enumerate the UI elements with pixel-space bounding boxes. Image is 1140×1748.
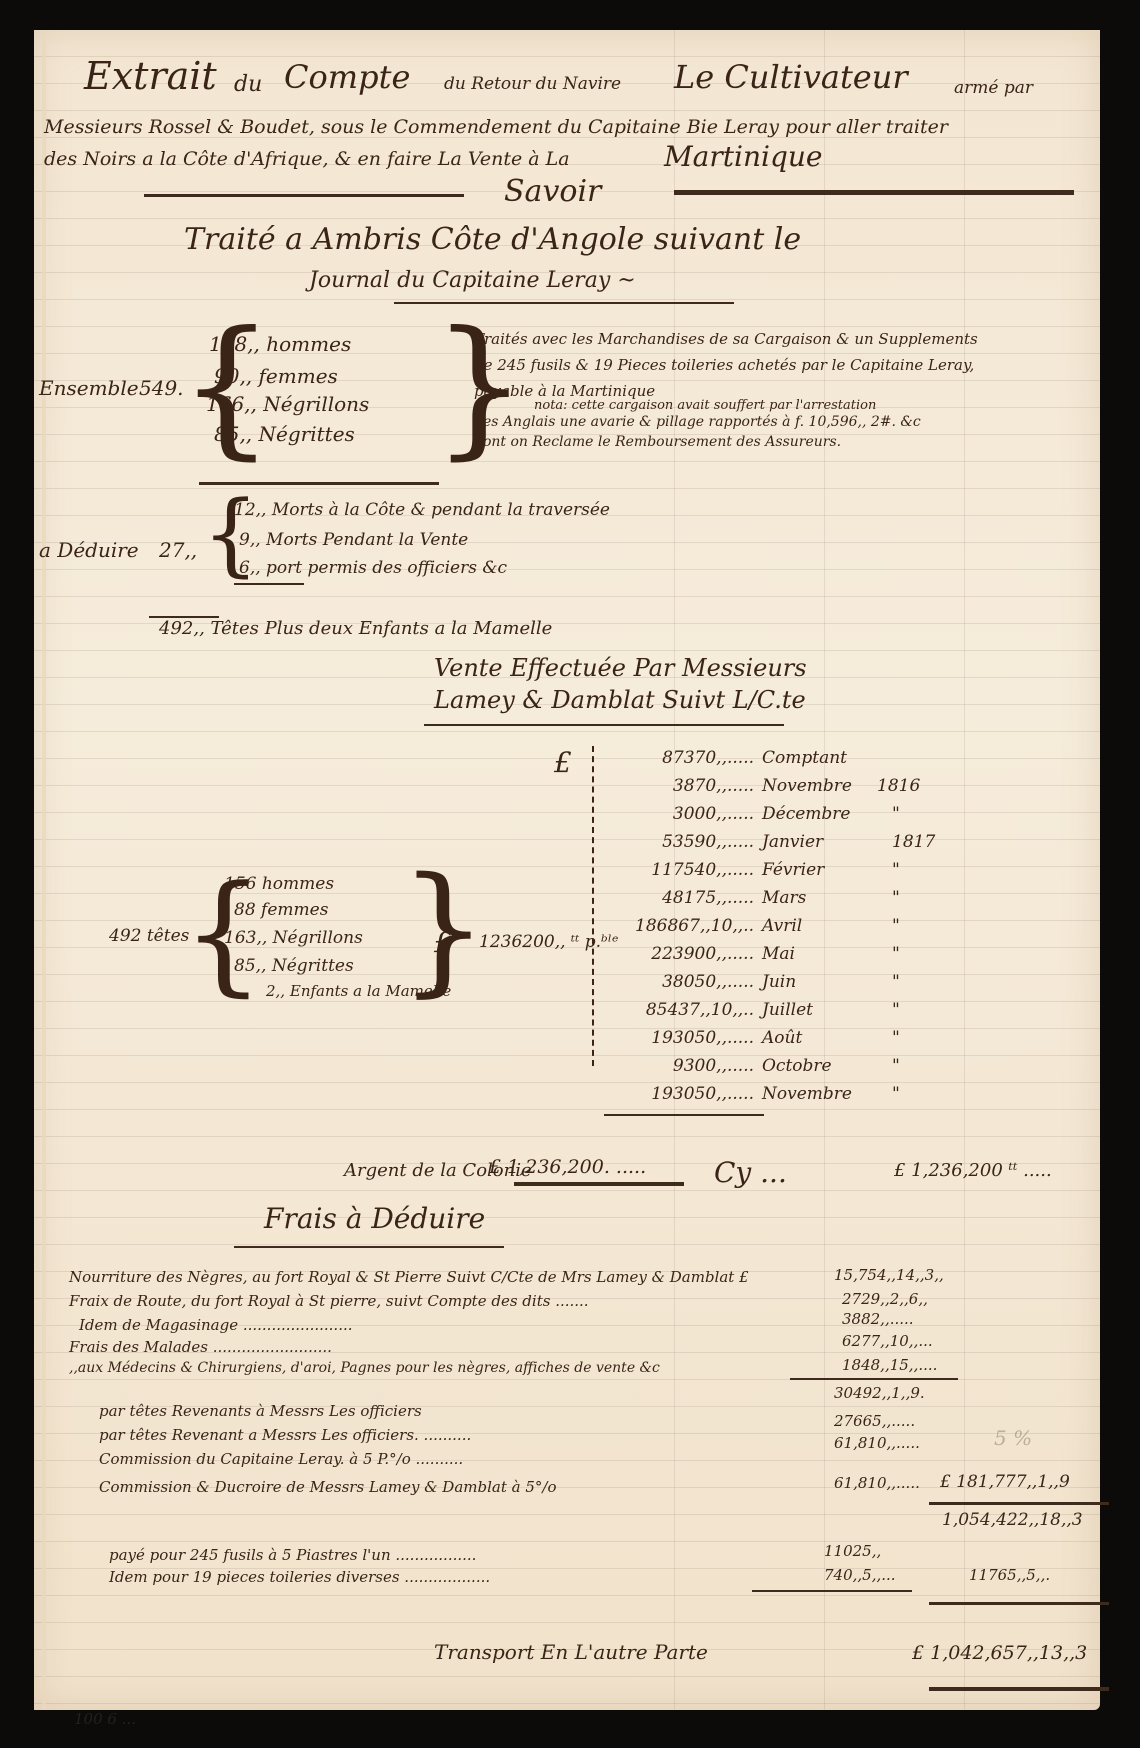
- sold-category: hommes: [262, 874, 334, 894]
- header-arme-par: armé par: [954, 78, 1033, 98]
- captive-count: 85,,: [214, 422, 252, 446]
- vente-title-1: Vente Effectuée Par Messieurs: [434, 654, 807, 682]
- transport-label: Transport En L'autre Parte: [434, 1640, 708, 1664]
- fusils-amount: 740,,5,,...: [824, 1566, 896, 1584]
- deduction-label: port permis des officiers &c: [266, 558, 507, 578]
- captive-label: Négrittes: [259, 422, 355, 446]
- payment-row: 9300,,.....Octobre": [604, 1056, 900, 1076]
- frais-item-amount: 61,810,,.....: [834, 1474, 920, 1492]
- wavy-brace-icon: [592, 746, 596, 1066]
- transport-amount: £ 1,042,657,,13,,3: [912, 1642, 1087, 1664]
- deduire-total: 27,,: [159, 538, 197, 562]
- deduction-count: 6,,: [239, 558, 261, 578]
- frais-subtotal: 30492,,1,,9.: [834, 1384, 925, 1402]
- deduction-label: Morts Pendant la Vente: [266, 530, 468, 550]
- captive-count: 166,,: [206, 392, 257, 416]
- frais-item-amount: 27665,,.....: [834, 1412, 915, 1430]
- fusils-label: Idem pour 19 pieces toileries diverses .…: [109, 1568, 490, 1586]
- carried-total: £ 1,236,200 ᵗᵗ .....: [894, 1160, 1052, 1181]
- sold-currency: £: [434, 926, 452, 959]
- traite-note-2: de 245 fusils & 19 Pieces toileries ache…: [474, 356, 974, 374]
- frais-item-amount: 3882,,.....: [842, 1310, 914, 1328]
- deduire-label: a Déduire: [39, 538, 139, 562]
- binding-thread: [42, 30, 46, 1710]
- frais-item-label: Fraix de Route, du fort Royal à St pierr…: [69, 1292, 589, 1310]
- payment-row: 85437,,10,,..Juillet": [604, 1000, 900, 1020]
- frais-item-amount: 15,754,,14,,3,,: [834, 1266, 944, 1284]
- sold-label: 492 têtes: [109, 926, 189, 946]
- fusils-label: payé pour 245 fusils à 5 Piastres l'un .…: [109, 1546, 476, 1564]
- frais-item-label: Commission du Capitaine Leray. à 5 P.°/o…: [99, 1450, 463, 1468]
- frais-item-label: par têtes Revenant a Messrs Les officier…: [99, 1426, 471, 1444]
- vente-title-2: Lamey & Damblat Suivt L/C.te: [434, 686, 806, 714]
- sold-count: 2,,: [266, 982, 285, 1000]
- captive-label: femmes: [259, 364, 338, 388]
- deduction-count: 12,,: [234, 500, 266, 520]
- captive-count: 178,,: [209, 332, 260, 356]
- argent-total: £ 1,236,200. .....: [489, 1156, 646, 1178]
- payment-row: 193050,,.....Août": [604, 1028, 900, 1048]
- deduction-result: 492,, Têtes Plus deux Enfants a la Mamel…: [159, 618, 552, 639]
- captive-label: hommes: [266, 332, 351, 356]
- sold-category: Négrittes: [272, 956, 354, 976]
- header-extrait: Extrait: [84, 54, 217, 98]
- payment-row: 38050,,.....Juin": [604, 972, 900, 992]
- sold-total: 1236200,, ᵗᵗ p.ᵇˡᵉ: [479, 932, 619, 952]
- payment-row: 193050,,.....Novembre": [604, 1084, 900, 1104]
- margin-note: 5 %: [994, 1426, 1032, 1450]
- frais-item-amount: 1848,,15,,....: [842, 1356, 937, 1374]
- frais-item-amount: 61,810,,.....: [834, 1434, 920, 1452]
- payment-row: 48175,,.....Mars": [604, 888, 900, 908]
- frais-item-label: Commission & Ducroire de Messrs Lamey & …: [99, 1478, 556, 1496]
- header-martinique: Martinique: [664, 140, 822, 173]
- frais-item-amount: 6277,,10,,...: [842, 1332, 933, 1350]
- captive-count: 90,,: [214, 364, 252, 388]
- sold-count: 156: [224, 874, 256, 894]
- traite-note-4: nota: cette cargaison avait souffert par…: [534, 398, 876, 413]
- header-du: du: [234, 72, 262, 97]
- header-savoir: Savoir: [504, 174, 601, 209]
- deduction-label: Morts à la Côte & pendant la traversée: [272, 500, 610, 520]
- frais-item-label: Nourriture des Nègres, au fort Royal & S…: [69, 1268, 749, 1286]
- frais-item-label: Idem de Magasinage .....................…: [79, 1316, 353, 1334]
- payment-row: 117540,,.....Février": [604, 860, 900, 880]
- net-after-frais: 1,054,422,,18,,3: [942, 1510, 1083, 1530]
- frais-item-amount: 2729,,2,,6,,: [842, 1290, 928, 1308]
- cy-label: Cy ...: [714, 1156, 787, 1189]
- payment-row: 3000,,.....Décembre": [604, 804, 900, 824]
- ledger-page: Extrait du Compte du Retour du Navire Le…: [34, 30, 1100, 1710]
- traite-note-1: Traités avec les Marchandises de sa Carg…: [474, 330, 978, 348]
- payment-row: 53590,,.....Janvier1817: [604, 832, 935, 852]
- header-ship-name: Le Cultivateur: [674, 58, 908, 96]
- header-line-2: Messieurs Rossel & Boudet, sous le Comme…: [44, 116, 948, 138]
- frais-title: Frais à Déduire: [264, 1202, 485, 1235]
- header-line-3: des Noirs a la Côte d'Afrique, & en fair…: [44, 148, 570, 170]
- sold-count: 163,,: [224, 928, 267, 948]
- frais-item-label: Frais des Malades ......................…: [69, 1338, 332, 1356]
- payment-row: 87370,,.....Comptant: [604, 748, 892, 768]
- fusils-amount: 11025,,: [824, 1542, 881, 1560]
- header-retour: du Retour du Navire: [444, 74, 621, 94]
- deduction-count: 9,,: [239, 530, 261, 550]
- frais-item-label: ,,aux Médecins & Chirurgiens, d'aroi, Pa…: [69, 1360, 660, 1376]
- payment-row: 186867,,10,,..Avril": [604, 916, 900, 936]
- header-compte: Compte: [284, 58, 410, 96]
- currency-symbol: £: [554, 746, 572, 779]
- sold-category: Négrillons: [273, 928, 363, 948]
- payment-row: 223900,,.....Mai": [604, 944, 900, 964]
- captive-label: Négrillons: [263, 392, 369, 416]
- sold-count: 88: [234, 900, 256, 920]
- ensemble-label: Ensemble: [39, 376, 139, 400]
- margin-stamp: 100 6 ...: [74, 1710, 136, 1728]
- sold-count: 85,,: [234, 956, 266, 976]
- traite-title-2: Journal du Capitaine Leray ~: [309, 268, 636, 293]
- payment-row: 3870,,.....Novembre1816: [604, 776, 920, 796]
- sold-category: femmes: [261, 900, 328, 920]
- traite-title-1: Traité a Ambris Côte d'Angole suivant le: [184, 222, 801, 257]
- traite-note-6: dont on Reclame le Remboursement des Ass…: [474, 434, 841, 450]
- frais-total: £ 181,777,,1,,9: [940, 1472, 1070, 1492]
- frais-item-label: par têtes Revenants à Messrs Les officie…: [99, 1402, 422, 1420]
- traite-note-5: des Anglais une avarie & pillage rapport…: [474, 414, 921, 430]
- ensemble-total: 549.: [139, 376, 184, 400]
- fusils-total: 11765,,5,,.: [969, 1566, 1050, 1584]
